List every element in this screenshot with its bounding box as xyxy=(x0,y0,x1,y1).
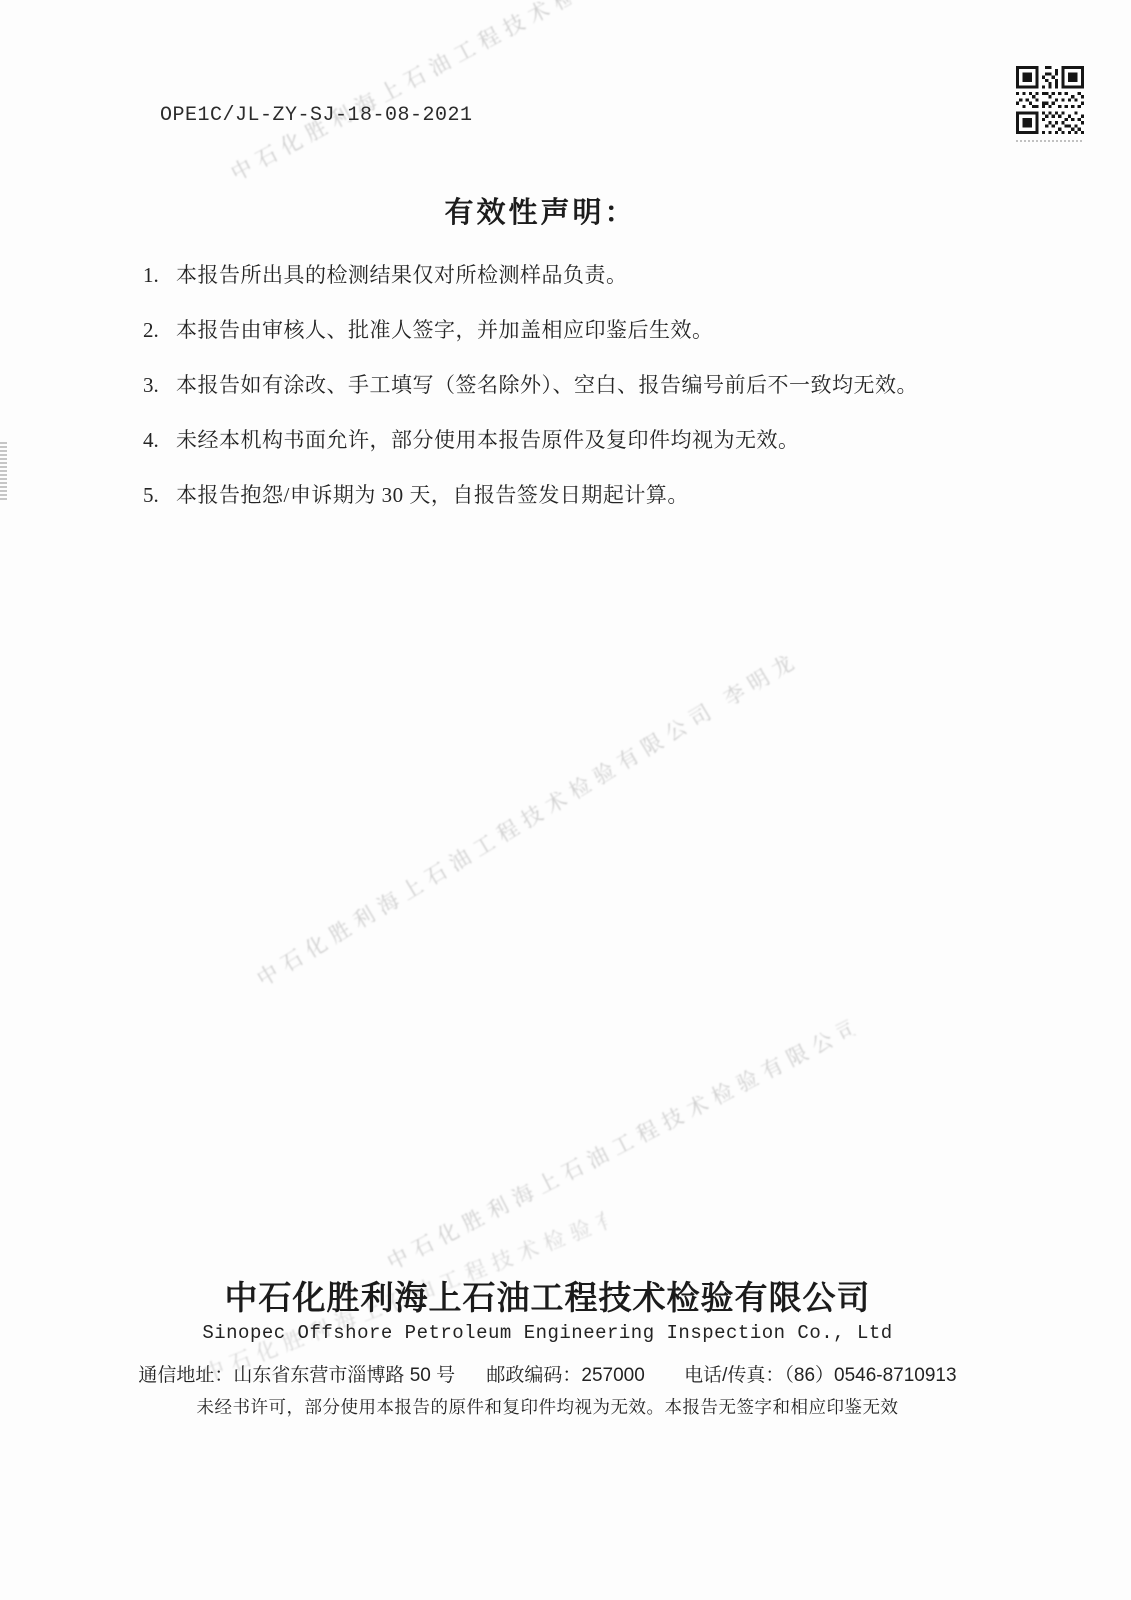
watermark-text: 中石化胜利海上石油工程技术检验有限公司 李明龙 xyxy=(225,0,575,187)
footer: 中石化胜利海上石油工程技术检验有限公司 Sinopec Offshore Pet… xyxy=(0,1272,1095,1419)
validity-note: 未经书许可，部分使用本报告的原件和复印件均视为无效。本报告无签字和相应印鉴无效 xyxy=(0,1394,1095,1419)
statement-item: 1. 本报告所出具的检测结果仅对所检测样品负责。 xyxy=(143,264,973,287)
page-title: 有效性声明： xyxy=(143,190,938,231)
phone-fax: 电话/传真：（86）0546-8710913 xyxy=(684,1360,956,1387)
scan-artifact-left-edge xyxy=(0,442,7,502)
watermark-text: 中石化胜利海上石油工程技术检验有限公司 李明龙 xyxy=(251,617,849,993)
statement-number: 4. xyxy=(143,429,176,452)
scan-artifact-dots xyxy=(1016,140,1082,142)
statement-number: 5. xyxy=(143,484,176,507)
statement-item: 5. 本报告抱怨/申诉期为 30 天，自报告签发日期起计算。 xyxy=(143,484,973,507)
statement-number: 3. xyxy=(143,374,176,397)
statements-list: 1. 本报告所出具的检测结果仅对所检测样品负责。 2. 本报告由审核人、批准人签… xyxy=(143,264,973,507)
statement-text: 本报告抱怨/申诉期为 30 天，自报告签发日期起计算。 xyxy=(176,484,689,507)
statement-text: 未经本机构书面允许，部分使用本报告原件及复印件均视为无效。 xyxy=(176,429,800,452)
qr-code-icon xyxy=(1016,66,1084,134)
statement-item: 3. 本报告如有涂改、手工填写（签名除外）、空白、报告编号前后不一致均无效。 xyxy=(143,374,973,397)
statement-item: 2. 本报告由审核人、批准人签字，并加盖相应印鉴后生效。 xyxy=(143,319,973,342)
watermark-text: 中石化胜利海上石油工程技术检验有限公司 李明龙 xyxy=(382,1014,859,1277)
statement-number: 2. xyxy=(143,319,176,342)
mailing-address: 通信地址：山东省东营市淄博路 50 号 xyxy=(138,1360,455,1387)
statement-text: 本报告所出具的检测结果仅对所检测样品负责。 xyxy=(176,264,628,287)
statement-text: 本报告如有涂改、手工填写（签名除外）、空白、报告编号前后不一致均无效。 xyxy=(176,374,918,397)
statement-text: 本报告由审核人、批准人签字，并加盖相应印鉴后生效。 xyxy=(176,319,714,342)
document-page: 中石化胜利海上石油工程技术检验有限公司 李明龙 中石化胜利海上石油工程技术检验有… xyxy=(0,0,1131,1600)
statement-number: 1. xyxy=(143,264,176,287)
company-name-cn: 中石化胜利海上石油工程技术检验有限公司 xyxy=(0,1272,1095,1319)
company-name-en: Sinopec Offshore Petroleum Engineering I… xyxy=(0,1322,1095,1344)
postal-code: 邮政编码：257000 xyxy=(486,1360,644,1387)
statement-item: 4. 未经本机构书面允许，部分使用本报告原件及复印件均视为无效。 xyxy=(143,429,973,452)
contact-line: 通信地址：山东省东营市淄博路 50 号 邮政编码：257000 电话/传真：（8… xyxy=(0,1360,1095,1387)
document-code: OPE1C/JL-ZY-SJ-18-08-2021 xyxy=(160,104,473,127)
